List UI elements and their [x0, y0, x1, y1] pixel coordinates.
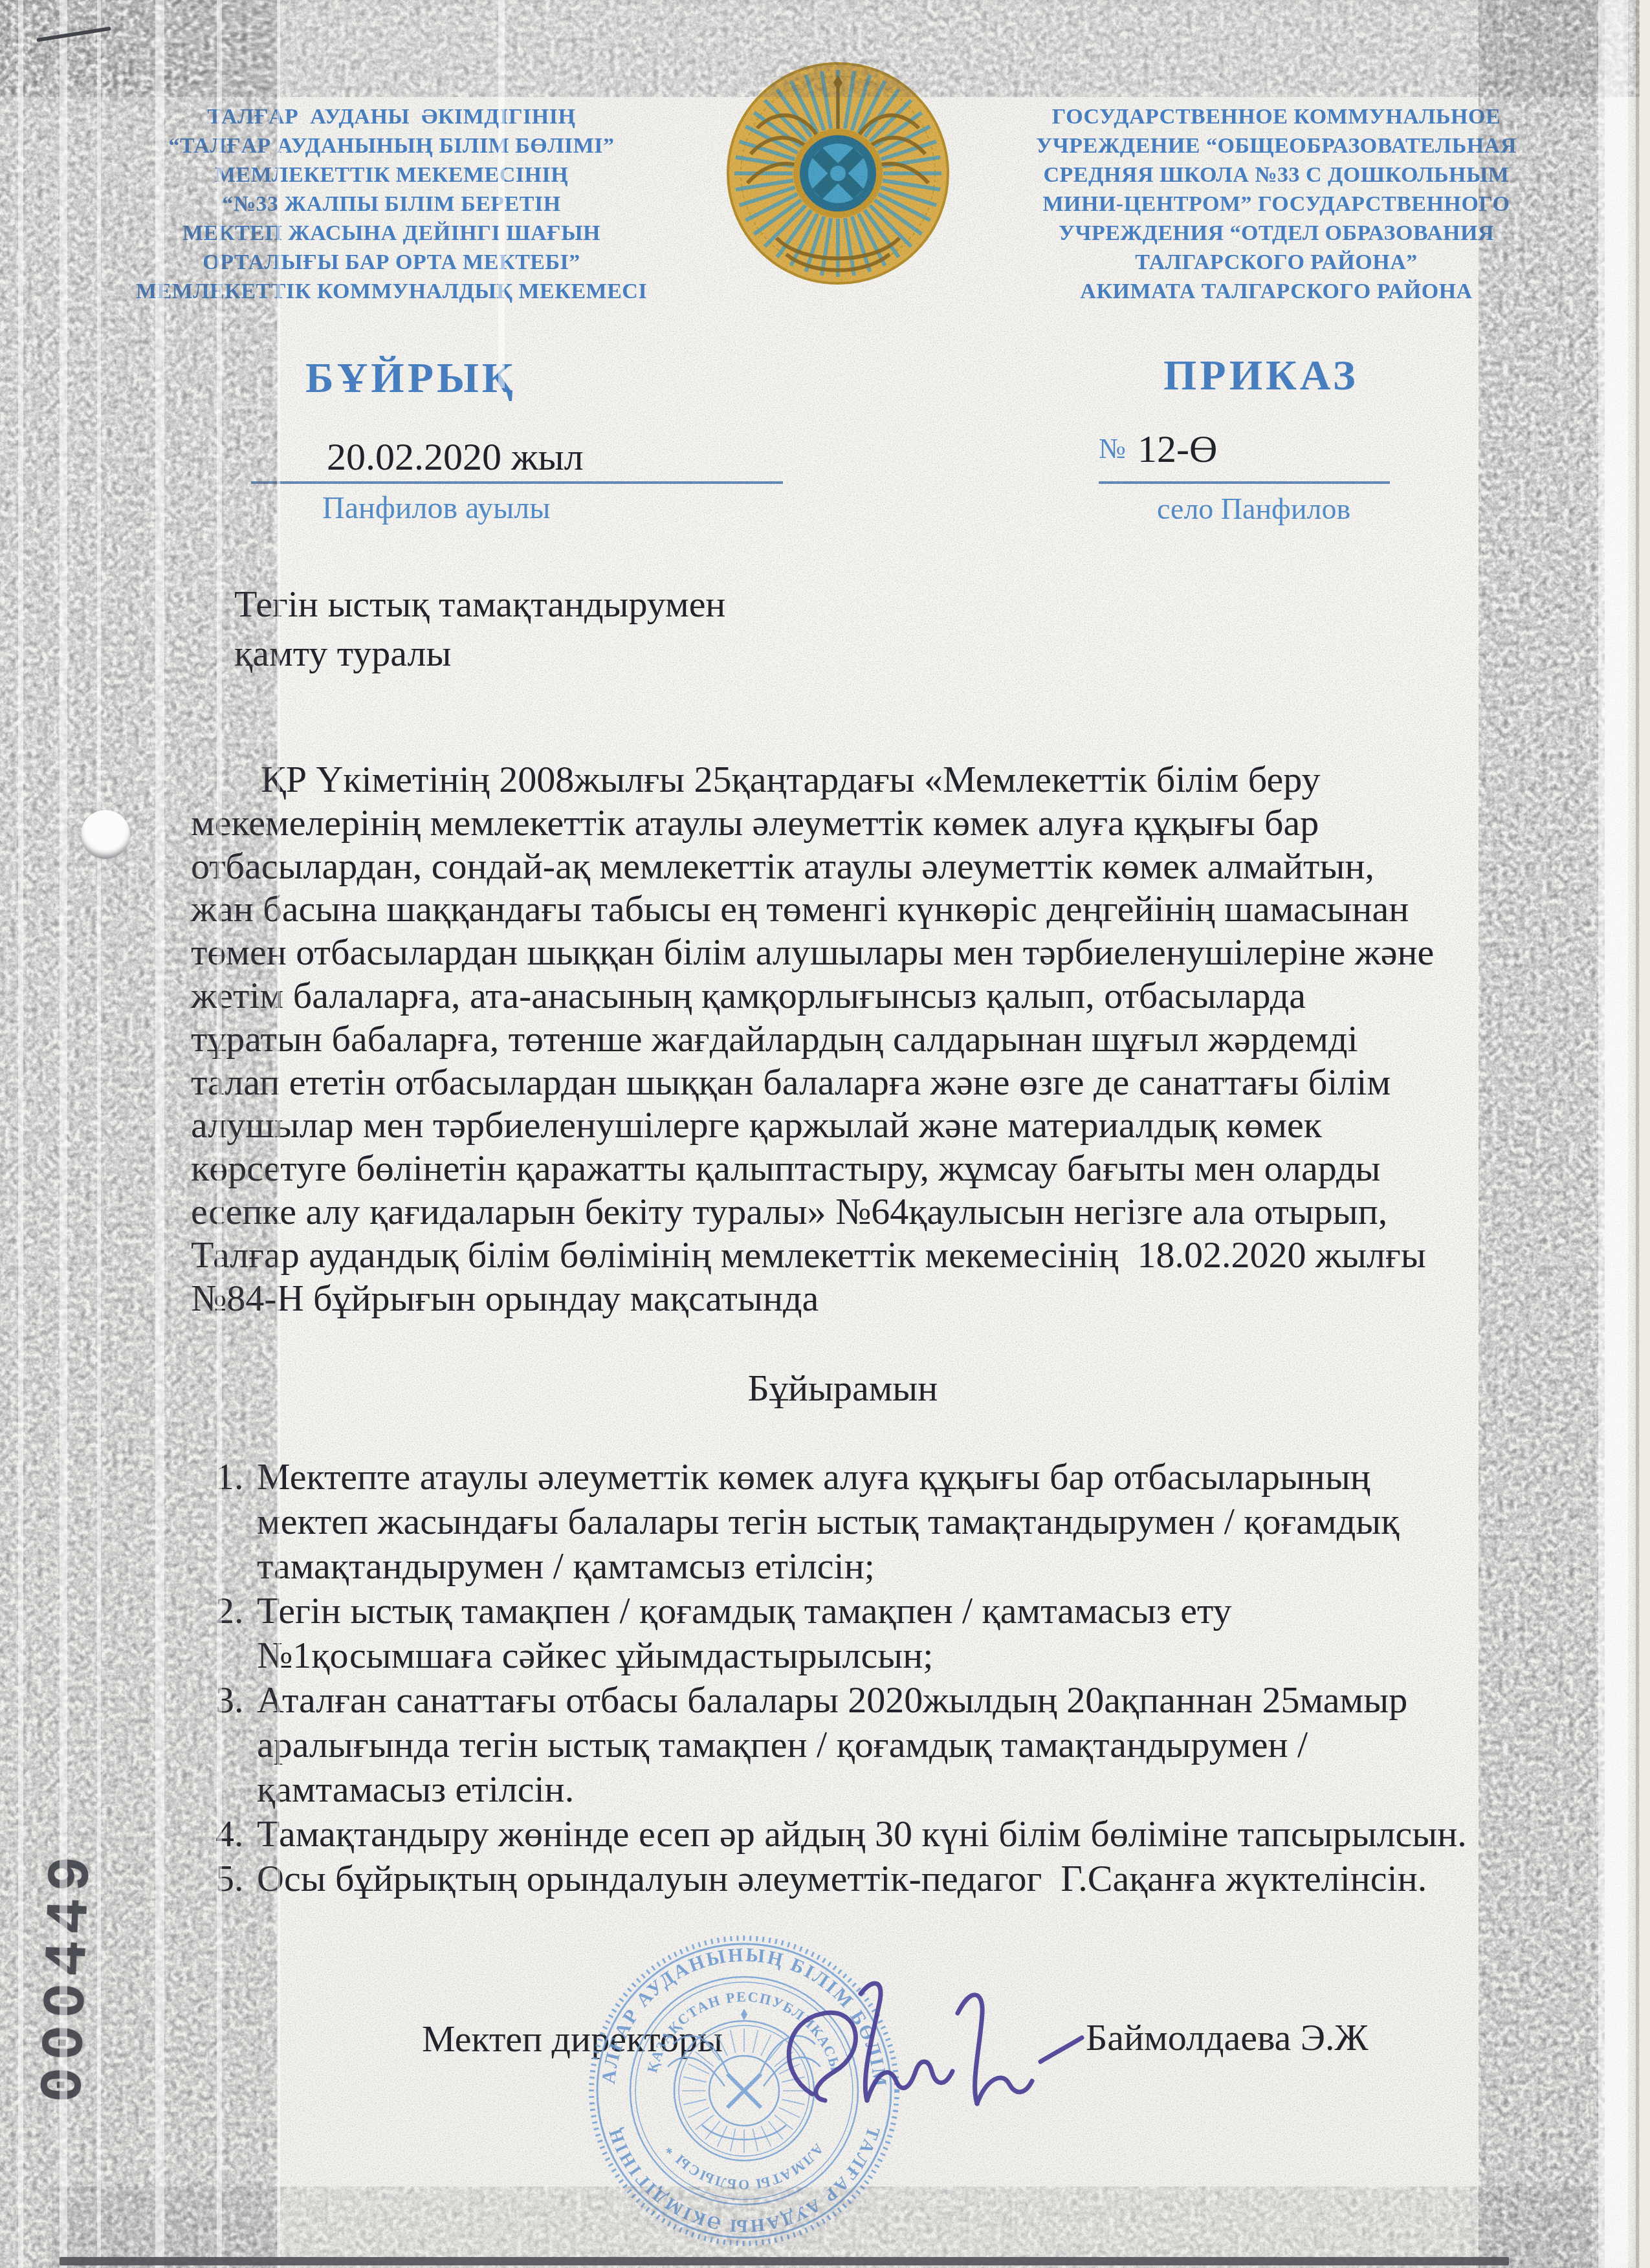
serial-number: 000449	[30, 1839, 104, 2113]
stamp-star	[741, 2009, 747, 2020]
list-item-number: 4.	[215, 1811, 257, 1856]
list-item-number: 5.	[215, 1856, 257, 1901]
order-number: 12-Ө	[1138, 427, 1217, 472]
text-line: АКИМАТА ТАЛГАРСКОГО РАЙОНА	[954, 277, 1598, 306]
pen-dash-mark	[36, 27, 111, 42]
text-line: МЕМЛЕКЕТТІК КОММУНАЛДЫҚ МЕКЕМЕСІ	[74, 277, 709, 306]
scan-shadow-strip	[60, 2257, 1509, 2265]
text-line: МИНИ-ЦЕНТРОМ” ГОСУДАРСТВЕННОГО	[954, 190, 1598, 219]
text-line: ГОСУДАРСТВЕННОЕ КОММУНАЛЬНОЕ	[954, 102, 1598, 131]
number-sign: №	[1099, 432, 1126, 465]
text-line: Осы бұйрықтың орындалуын әлеуметтік-педа…	[257, 1856, 1427, 1901]
list-item-text: Аталған санаттағы отбасы балалары 2020жы…	[257, 1677, 1407, 1811]
text-line: тұратын бабаларға, төтенше жағдайлардың …	[191, 1018, 1495, 1061]
order-title-kazakh: БҰЙРЫҚ	[305, 356, 516, 401]
text-line: аралығында тегін ыстық тамақпен / қоғамд…	[257, 1722, 1407, 1767]
text-line: алушылар мен тәрбиеленушілерге қаржылай …	[191, 1104, 1495, 1147]
text-line: есепке алу қағидаларын бекіту туралы» №6…	[191, 1190, 1495, 1234]
order-subject: Тегін ыстық тамақтандыруменқамту туралы	[234, 580, 725, 678]
order-list-item: 2.Тегін ыстық тамақпен / қоғамдық тамақп…	[215, 1588, 1500, 1677]
text-line: жетім балаларға, ата-анасының қамқорлығы…	[191, 974, 1495, 1018]
text-line: ОРТАЛЫҒЫ БАР ОРТА МЕКТЕБІ”	[74, 248, 709, 277]
order-list-item: 3.Аталған санаттағы отбасы балалары 2020…	[215, 1677, 1500, 1811]
text-line: мектеп жасындағы балалары тегін ыстық та…	[257, 1499, 1399, 1543]
text-line: мекемелерінің мемлекеттік атаулы әлеумет…	[191, 801, 1495, 845]
text-line: қамтамасыз етілсін.	[257, 1767, 1407, 1811]
kazakhstan-emblem-icon	[721, 57, 954, 290]
text-line: отбасылардан, сондай-ақ мемлекеттік атау…	[191, 845, 1495, 888]
text-line: №84-Н бұйрығын орындау мақсатында	[191, 1277, 1495, 1320]
list-item-number: 2.	[215, 1588, 257, 1633]
list-item-number: 1.	[215, 1454, 257, 1499]
text-line: жан басына шаққандағы табысы ең төменгі …	[191, 888, 1495, 931]
text-line: ҚР Үкіметінің 2008жылғы 25қаңтардағы «Ме…	[191, 758, 1495, 801]
page-edge-shadow	[1636, 0, 1639, 2268]
text-line: Мектепте атаулы әлеуметтік көмек алуға қ…	[257, 1454, 1399, 1499]
place-kazakh: Панфилов ауылы	[322, 490, 550, 526]
signature-ink	[764, 1974, 1087, 2136]
stamp-center-cross	[727, 2074, 761, 2108]
text-line: СРЕДНЯЯ ШКОЛА №33 С ДОШКОЛЬНЫМ	[954, 160, 1598, 190]
list-item-text: Тамақтандыру жөнінде есеп әр айдың 30 кү…	[257, 1811, 1467, 1856]
date-underline	[251, 481, 783, 484]
text-line: Тамақтандыру жөнінде есеп әр айдың 30 кү…	[257, 1811, 1467, 1856]
list-item-number: 3.	[215, 1677, 257, 1722]
order-list-item: 5.Осы бұйрықтың орындалуын әлеуметтік-пе…	[215, 1856, 1500, 1901]
text-line: қамту туралы	[234, 629, 725, 678]
order-title-russian: ПРИКАЗ	[1163, 353, 1359, 398]
text-line: төмен отбасылардан шыққан білім алушылар…	[191, 931, 1495, 974]
text-line: УЧРЕЖДЕНИЯ “ОТДЕЛ ОБРАЗОВАНИЯ	[954, 219, 1598, 248]
org-name-russian: ГОСУДАРСТВЕННОЕ КОММУНАЛЬНОЕУЧРЕЖДЕНИЕ “…	[954, 102, 1598, 306]
text-line: талап ететін отбасылардан шыққан балалар…	[191, 1061, 1495, 1104]
order-list: 1.Мектепте атаулы әлеуметтік көмек алуға…	[215, 1454, 1500, 1901]
order-body-paragraph: ҚР Үкіметінің 2008жылғы 25қаңтардағы «Ме…	[191, 758, 1495, 1320]
list-item-text: Тегін ыстық тамақпен / қоғамдық тамақпен…	[257, 1588, 1232, 1677]
list-item-text: Мектепте атаулы әлеуметтік көмек алуға қ…	[257, 1454, 1399, 1588]
text-line: Тегін ыстық тамақтандырумен	[234, 580, 725, 629]
scanned-document-page: ТАЛҒАР АУДАНЫ ӘКІМДІГІНІҢ“ТАЛҒАР АУДАНЫН…	[0, 0, 1640, 2268]
signatory-name: Баймолдаева Э.Ж	[1086, 2016, 1369, 2059]
text-line: МЕКТЕП ЖАСЫНА ДЕЙІНГІ ШАҒЫН	[74, 219, 709, 248]
place-russian: село Панфилов	[1157, 492, 1350, 526]
order-list-item: 4.Тамақтандыру жөнінде есеп әр айдың 30 …	[215, 1811, 1500, 1856]
text-line: көрсетуге бөлінетін қаражатты қалыптасты…	[191, 1147, 1495, 1190]
punch-hole	[81, 810, 130, 859]
org-name-kazakh: ТАЛҒАР АУДАНЫ ӘКІМДІГІНІҢ“ТАЛҒАР АУДАНЫН…	[74, 102, 709, 306]
number-underline	[1099, 481, 1390, 484]
resolution-heading: Бұйырамын	[191, 1366, 1495, 1410]
text-line: тамақтандырумен / қамтамсыз етілсін;	[257, 1543, 1399, 1588]
text-line: “№33 ЖАЛПЫ БІЛІМ БЕРЕТІН	[74, 190, 709, 219]
text-line: №1қосымшаға сәйкес ұйымдастырылсын;	[257, 1633, 1232, 1677]
text-line: УЧРЕЖДЕНИЕ “ОБЩЕОБРАЗОВАТЕЛЬНАЯ	[954, 131, 1598, 160]
text-line: ТАЛҒАР АУДАНЫ ӘКІМДІГІНІҢ	[74, 102, 709, 131]
text-line: Аталған санаттағы отбасы балалары 2020жы…	[257, 1677, 1407, 1722]
text-line: Талғар аудандық білім бөлімінің мемлекет…	[191, 1234, 1495, 1277]
order-list-item: 1.Мектепте атаулы әлеуметтік көмек алуға…	[215, 1454, 1500, 1588]
text-line: Тегін ыстық тамақпен / қоғамдық тамақпен…	[257, 1588, 1232, 1633]
order-date: 20.02.2020 жыл	[327, 435, 584, 479]
text-line: ТАЛГАРСКОГО РАЙОНА”	[954, 248, 1598, 277]
text-line: МЕМЛЕКЕТТІК МЕКЕМЕСІНІҢ	[74, 160, 709, 190]
text-line: “ТАЛҒАР АУДАНЫНЫҢ БІЛІМ БӨЛІМІ”	[74, 131, 709, 160]
list-item-text: Осы бұйрықтың орындалуын әлеуметтік-педа…	[257, 1856, 1427, 1901]
